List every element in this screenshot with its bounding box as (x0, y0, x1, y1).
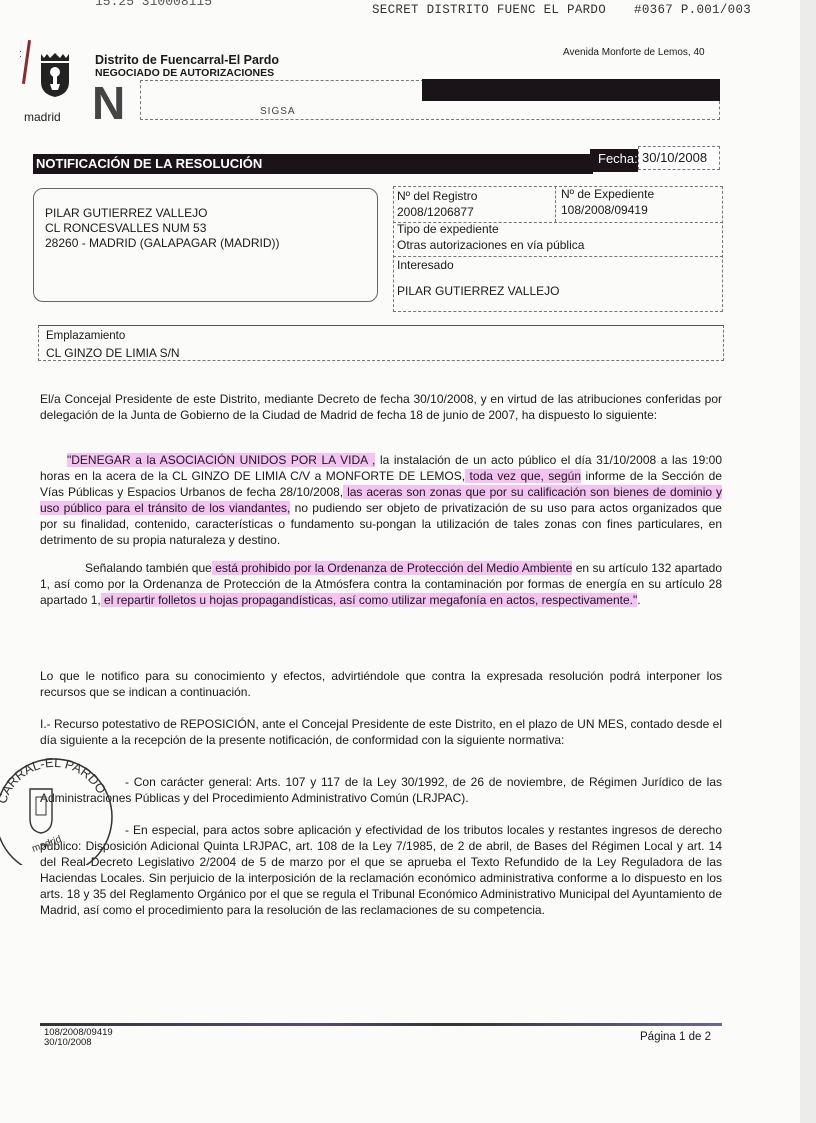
expediente-value: 108/2008/09419 (561, 203, 648, 217)
tipo-label: Tipo de expediente (397, 222, 499, 236)
tipo-value: Otras autorizaciones en vía pública (397, 238, 584, 252)
scan-edge (800, 0, 816, 1123)
org-address: Avenida Monforte de Lemos, 40 (563, 47, 705, 58)
registro-value: 2008/1206877 (397, 205, 474, 219)
org-title: Distrito de Fuencarral-El Pardo (95, 53, 279, 67)
text: Señalando también que (85, 561, 212, 575)
notice-paragraph: Lo que le notifico para su conocimiento … (40, 668, 722, 700)
page-number: Página 1 de 2 (640, 1031, 711, 1043)
footer-date: 30/10/2008 (44, 1037, 92, 1048)
big-letter-n: N (92, 80, 123, 126)
redacted-bar (422, 79, 720, 101)
sigsa-label: SIGSA (260, 106, 296, 117)
svg-text:CARRAL-EL PARDO: CARRAL-EL PARDO (0, 755, 109, 806)
text: - Con carácter general: Arts. 107 y 117 … (40, 775, 722, 805)
emplazamiento-label: Emplazamiento (46, 330, 125, 342)
text: - En especial, para actos sobre aplicaci… (40, 823, 722, 917)
emplazamiento-value: CL GINZO DE LIMIA S/N (46, 346, 180, 360)
recipient-city: 28260 - MADRID (GALAPAGAR (MADRID)) (45, 236, 280, 250)
interesado-value: PILAR GUTIERREZ VALLEJO (397, 284, 560, 298)
info-divider (393, 256, 723, 257)
recipient-street: CL RONCESVALLES NUM 53 (45, 221, 206, 235)
interesado-label: Interesado (397, 258, 454, 272)
highlight: está prohibido por la Ordenanza de Prote… (212, 561, 573, 575)
margin-dots: ·· (19, 49, 22, 59)
intro-paragraph: El/a Concejal Presidente de este Distrit… (40, 391, 722, 423)
svg-text:madrid: madrid (30, 834, 62, 855)
resolution-paragraph-1: "DENEGAR a la ASOCIACIÓN UNIDOS POR LA V… (40, 452, 722, 548)
fax-header-left: 15:25 310008115 (95, 0, 212, 9)
highlight: "DENEGAR a la ASOCIACIÓN UNIDOS POR LA V… (67, 453, 375, 467)
logo-text: madrid (24, 110, 61, 124)
text: . (637, 593, 640, 607)
highlight: toda vez que, según (465, 469, 581, 483)
resolution-paragraph-2: Señalando también que está prohibido por… (40, 560, 722, 608)
fax-sender: SECRET DISTRITO FUENC EL PARDO (372, 3, 606, 17)
fax-header-right: SECRET DISTRITO FUENC EL PARDO#0367 P.00… (372, 3, 751, 17)
footer-rule (40, 1023, 722, 1026)
fax-page-info: #0367 P.001/003 (634, 3, 751, 17)
expediente-label: Nº de Expediente (561, 187, 654, 201)
official-stamp-icon: CARRAL-EL PARDO madrid (0, 747, 116, 865)
info-divider (555, 186, 556, 222)
document-title: NOTIFICACIÓN DE LA RESOLUCIÓN (36, 156, 262, 171)
registro-label: Nº del Registro (397, 189, 477, 203)
highlight: el repartir folletos u hojas propagandís… (101, 593, 638, 607)
especial-paragraph: - En especial, para actos sobre aplicaci… (40, 822, 722, 918)
recurso-paragraph: I.- Recurso potestativo de REPOSICIÓN, a… (40, 716, 722, 748)
general-paragraph: - Con carácter general: Arts. 107 y 117 … (40, 774, 722, 806)
fecha-value: 30/10/2008 (642, 150, 707, 165)
recipient-name: PILAR GUTIERREZ VALLEJO (45, 206, 208, 220)
madrid-coat-of-arms-icon (38, 52, 72, 98)
fecha-label: Fecha: (598, 151, 638, 166)
